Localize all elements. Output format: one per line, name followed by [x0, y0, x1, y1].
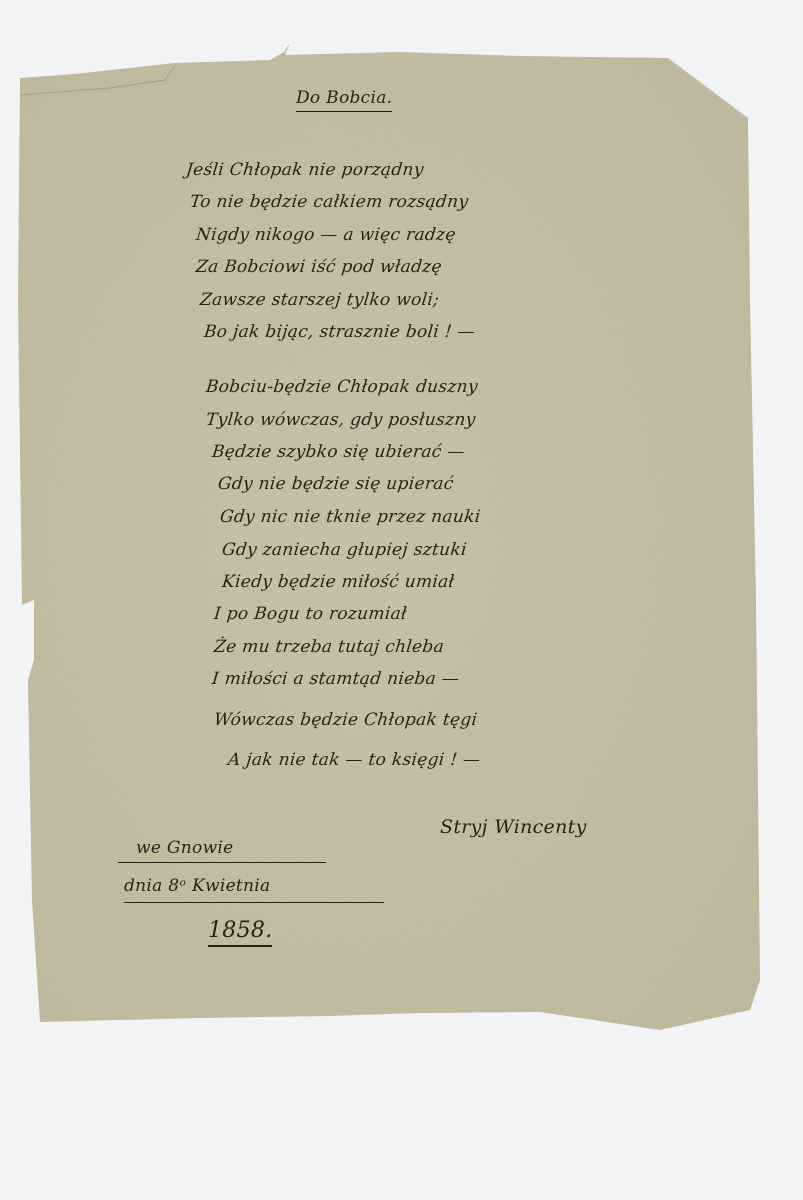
verse-line: Gdy nic nie tknie przez nauki: [219, 507, 482, 527]
verse-line: A jak nie tak — to księgi ! —: [227, 750, 481, 770]
verse-line: Kiedy będzie miłość umiał: [221, 572, 455, 592]
verse-line: I miłości a stamtąd nieba —: [211, 669, 460, 689]
poem-title: Do Bobcia.: [296, 88, 392, 112]
verse-line: Bo jak bijąc, strasznie boli ! —: [203, 322, 476, 342]
verse-line: Tylko wówczas, gdy posłuszny: [205, 410, 477, 430]
verse-line: Będzie szybko się ubierać —: [211, 442, 466, 462]
verse-line: Wówczas będzie Chłopak tęgi: [213, 710, 478, 730]
verse-line: Jeśli Chłopak nie porządny: [185, 160, 425, 180]
verse-line: Zawsze starszej tylko woli;: [199, 290, 440, 310]
verse-line: Nigdy nikogo — a więc radzę: [195, 225, 457, 245]
date-line: dnia 8ᵒ Kwietnia: [124, 876, 384, 903]
verse-line: To nie będzie całkiem rozsądny: [189, 192, 469, 212]
verse-line: Gdy zaniecha głupiej sztuki: [221, 540, 468, 560]
verse-line: Że mu trzeba tutaj chleba: [213, 637, 445, 657]
signature: Stryj Wincenty: [440, 816, 587, 838]
manuscript-page: Do Bobcia. Jeśli Chłopak nie porządny To…: [0, 0, 803, 1200]
paper-sheet: [0, 0, 803, 1200]
verse-line: Za Bobciowi iść pod władzę: [195, 257, 443, 277]
verse-line: Gdy nie będzie się upierać: [217, 474, 455, 494]
verse-line: I po Bogu to rozumiał: [213, 604, 408, 624]
verse-line: Bobciu-będzie Chłopak duszny: [205, 377, 479, 397]
year-line: 1858.: [208, 918, 272, 947]
place-line: we Gnowie: [118, 838, 326, 863]
